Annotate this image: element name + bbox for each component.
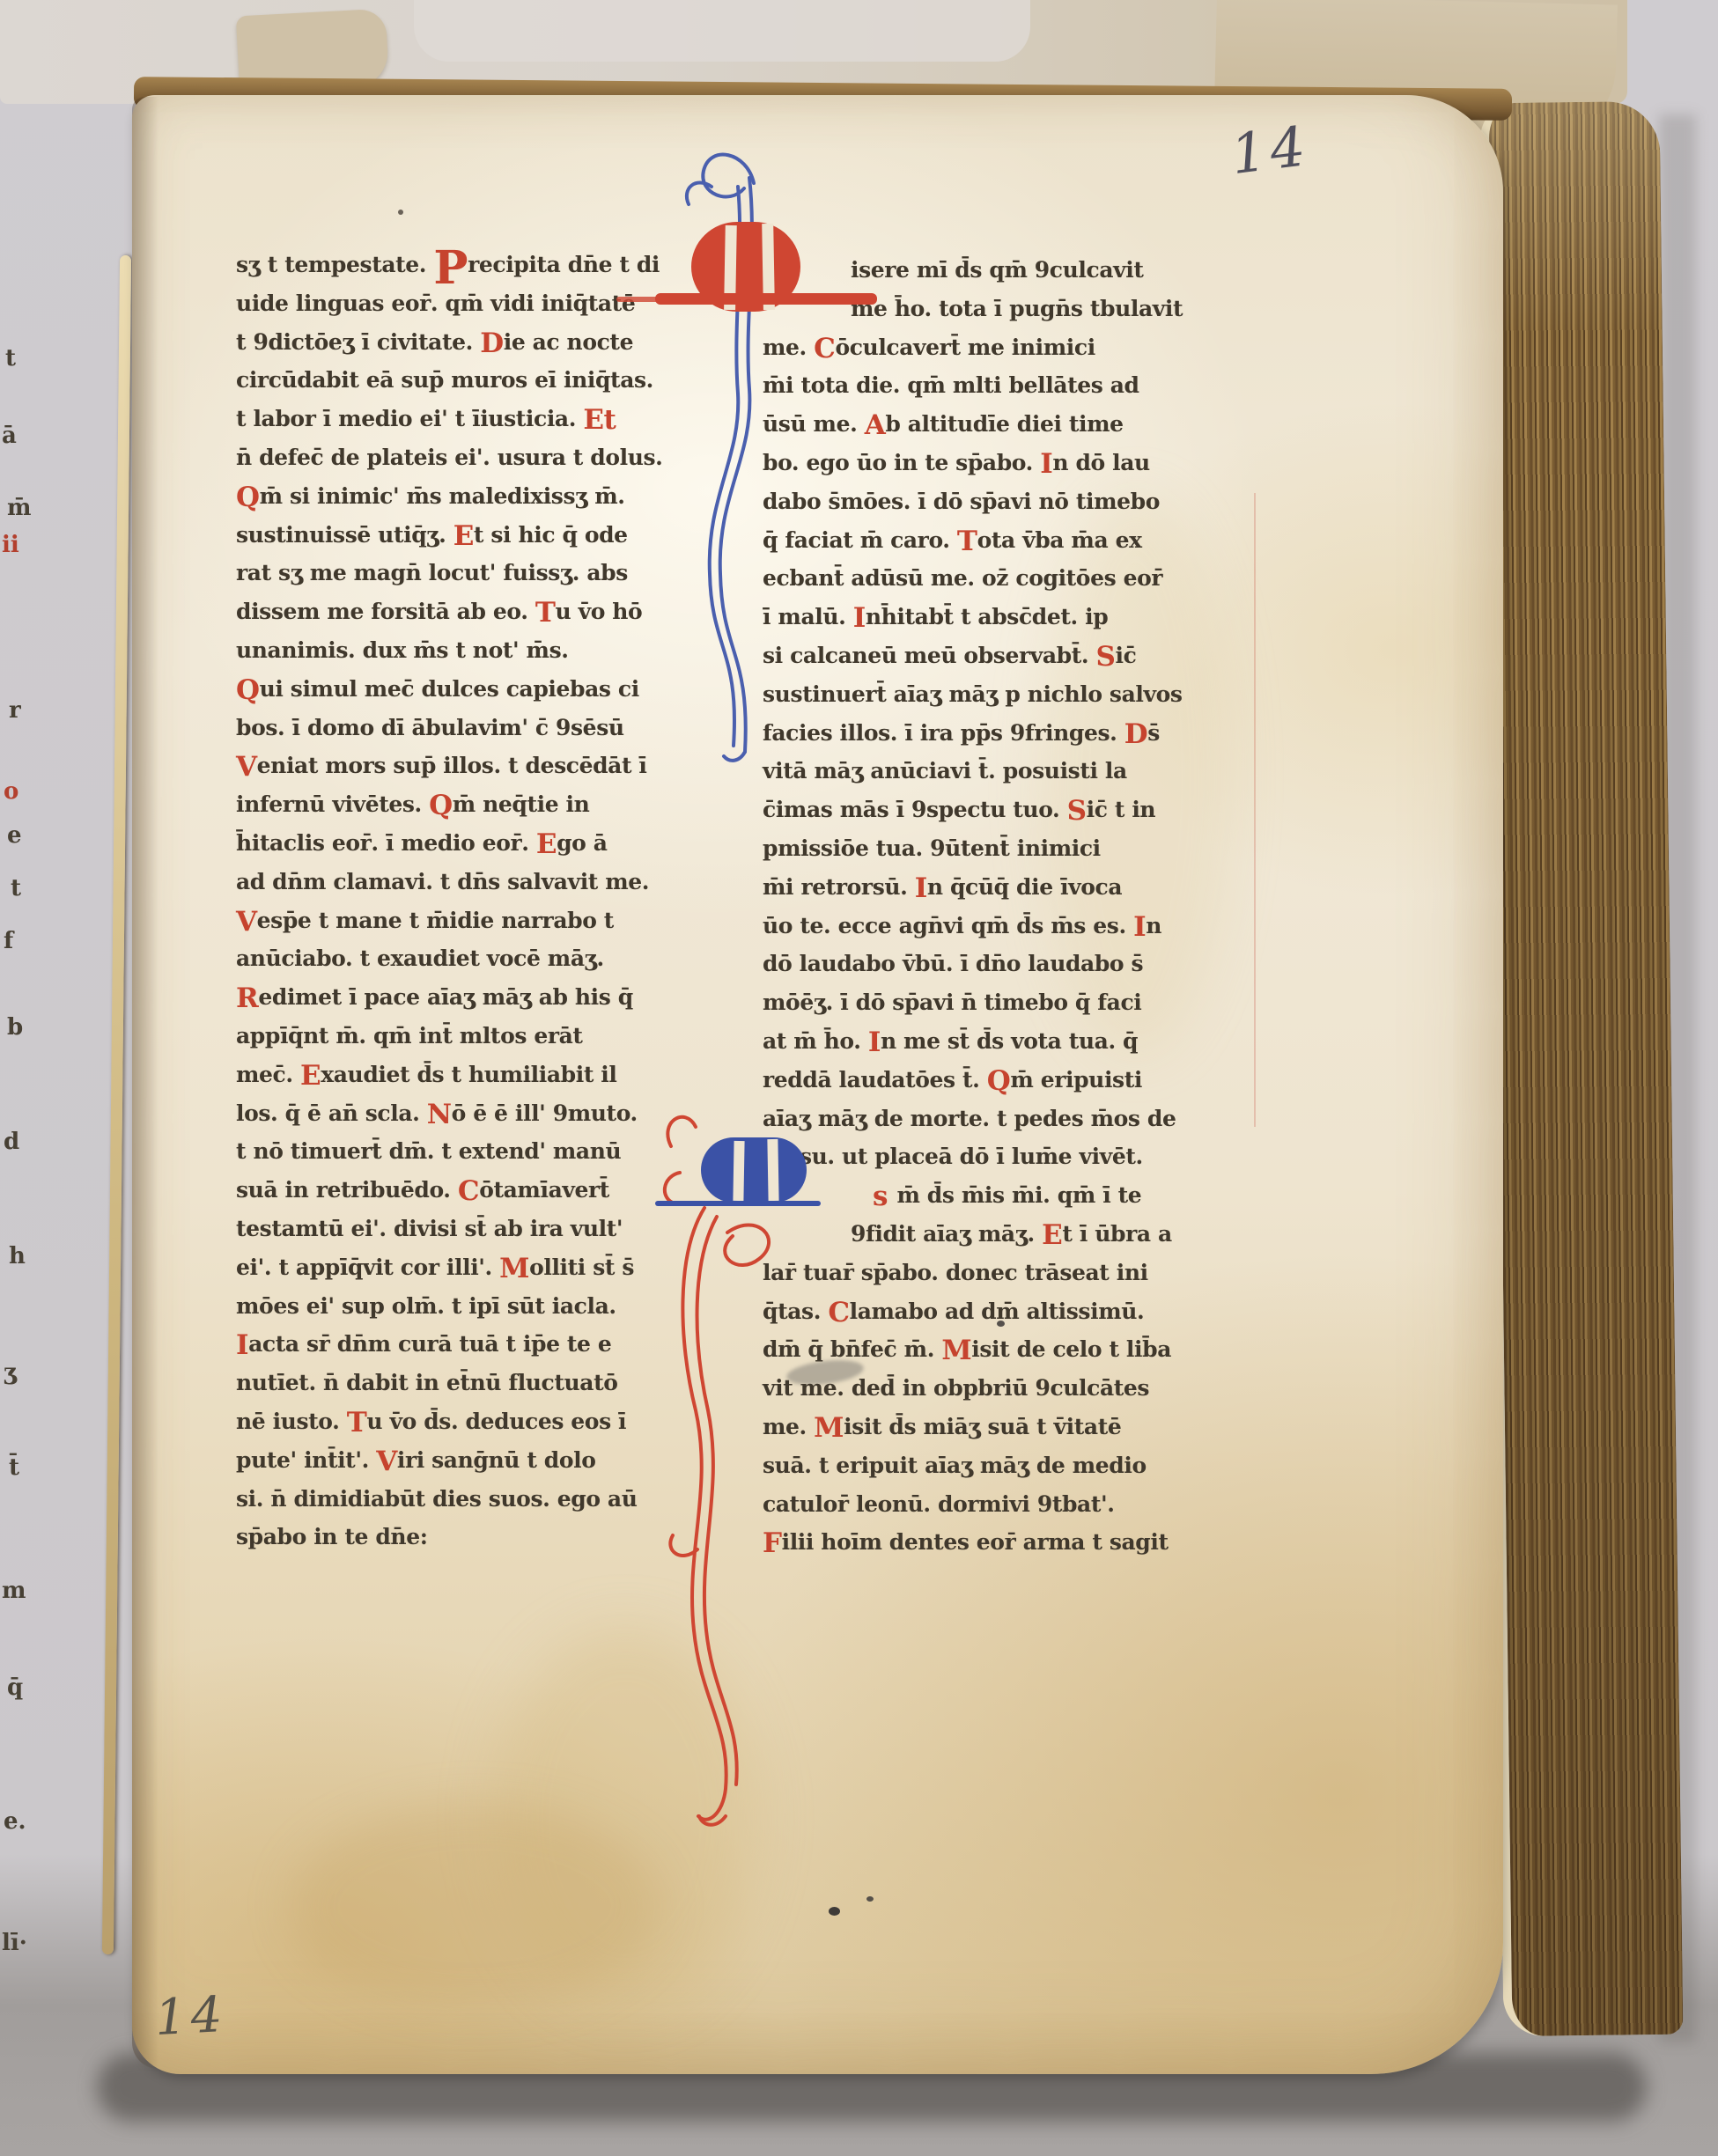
- glyph-fragment: t̄: [9, 1454, 19, 1481]
- text-line: me h̄o. tota ī pugn̄s tbulavit: [763, 296, 1282, 335]
- rubric-initial: V: [376, 1446, 397, 1477]
- ink-text: sp̄abo in te dn̄e:: [236, 1524, 428, 1549]
- text-column-right: isere mī d̄s qm̄ 9culcavitme h̄o. tota ī…: [763, 257, 1282, 1568]
- text-line: si. n̄ dimidiabūt dies suos. ego aū: [236, 1486, 756, 1525]
- text-line: mōes ei' sup olm̄. t ipī sūt iacla.: [236, 1293, 756, 1332]
- ink-text: si calcaneū meū observabt̄.: [763, 643, 1095, 668]
- ink-text: isere mī d̄s qm̄ 9culcavit: [851, 257, 1144, 283]
- ink-text: u v̄o d̄s. deduces eos ī: [366, 1409, 626, 1434]
- ink-text: acta sr̄ dn̄m curā tuā t ip̄e te e: [248, 1331, 611, 1357]
- text-line: infernū vivētes. Qm̄ neq̄tie in: [236, 791, 756, 830]
- ink-text: t ī ūbra a: [1062, 1221, 1171, 1247]
- glyph-fragment: e.: [4, 1808, 26, 1835]
- ink-text: eniat mors sup̄ illos. t descēdāt ī: [257, 753, 647, 778]
- parchment-stain: [291, 1805, 660, 2007]
- ink-text: lar̄ tuar̄ sp̄abo. donec trāseat ini: [763, 1260, 1148, 1285]
- rubric-initial: C: [458, 1175, 479, 1207]
- text-line: vit me. ded̄ in obpbriū 9culcātes: [763, 1375, 1282, 1414]
- text-line: 9fidit aīaʒ māʒ. Et ī ūbra a: [763, 1221, 1282, 1260]
- ink-text: aīaʒ māʒ de morte. t pedes m̄os de: [763, 1106, 1176, 1131]
- ink-text: anūciabo. t exaudiet vocē māʒ.: [236, 946, 604, 971]
- text-line: me. Cōculcavert̄ me inimici: [763, 335, 1282, 373]
- rubric-initial: C: [814, 333, 835, 364]
- ink-text: ilii hoīm dentes eor̄ arma t sagit: [782, 1529, 1169, 1555]
- text-line: t nō timuert̄ dm̄. t extend' manū: [236, 1138, 756, 1177]
- ink-text: ōtamīavert̄: [479, 1177, 609, 1203]
- ink-text: testamtū ei'. divisi st̄ ab ira vult': [236, 1216, 623, 1241]
- rubric-initial: M: [941, 1335, 971, 1366]
- pencil-folio-bottom: 14: [153, 1986, 228, 2047]
- ink-text: facies illos. ī ira pp̄s 9fringes.: [763, 720, 1124, 746]
- rubric-initial: E: [1042, 1219, 1062, 1251]
- rubric-initial: N: [427, 1099, 452, 1130]
- text-line: Qm̄ si inimic' m̄s maledixissʒ m̄.: [236, 483, 756, 522]
- text-line: aīaʒ māʒ de morte. t pedes m̄os de: [763, 1106, 1282, 1144]
- ink-text: n q̄cūq̄ die īvoca: [927, 874, 1122, 900]
- ink-text: sʒ t tempestate.: [236, 252, 433, 277]
- ink-text: q̄ faciat m̄ caro.: [763, 527, 957, 553]
- ink-text: ei'. t appīq̄vit cor illi'.: [236, 1255, 499, 1280]
- speck: [829, 1907, 840, 1916]
- ink-text: q̄tas.: [763, 1299, 828, 1324]
- ink-text: circūdabit eā sup̄ muros eī iniq̄tas.: [236, 367, 653, 393]
- text-line: isere mī d̄s qm̄ 9culcavit: [763, 257, 1282, 296]
- text-line: dabo s̄mōes. ī dō sp̄avi nō timebo: [763, 489, 1282, 527]
- text-line: suā. t eripuit aīaʒ māʒ de medio: [763, 1453, 1282, 1491]
- ink-text: me.: [763, 335, 814, 360]
- ink-text: t nō timuert̄ dm̄. t extend' manū: [236, 1138, 621, 1164]
- text-line: appīq̄nt m̄. qm̄ int̄ mltos erāt: [236, 1023, 756, 1062]
- speck: [398, 210, 403, 215]
- text-line: anūciabo. t exaudiet vocē māʒ.: [236, 946, 756, 984]
- ink-text: ōculcavert̄ me inimici: [835, 335, 1095, 360]
- ink-text: isit d̄s miāʒ suā t v̄itatē: [844, 1414, 1121, 1439]
- text-line: s m̄ d̄s m̄is m̄i. qm̄ ī te: [763, 1182, 1282, 1221]
- rubric-initial: D: [1124, 718, 1147, 750]
- ink-text: mōēʒ. ī dō sp̄avi n̄ timebo q̄ faci: [763, 990, 1141, 1015]
- ink-text: catulor̄ leonū. dormivi 9tbat'.: [763, 1491, 1115, 1517]
- ink-text: edimet ī pace aīaʒ māʒ ab his q̄: [258, 984, 632, 1010]
- text-line: ūsū me. Ab altitudīe diei time: [763, 411, 1282, 450]
- ink-text: t labor ī medio ei' t īiusticia.: [236, 406, 583, 431]
- text-line: los. q̄ ē an̄ scla. Nō ē ē ill' 9muto.: [236, 1100, 756, 1139]
- text-line: sustinuissē utiq̄ʒ. Et si hic q̄ ode: [236, 522, 756, 561]
- ink-text: unanimis. dux m̄s t not' m̄s.: [236, 637, 569, 663]
- cover-highlight: [414, 0, 1030, 62]
- ink-text: bos. ī domo dī ābulavim' c̄ 9sēsū: [236, 715, 624, 740]
- ink-text: sustinuert̄ aīaʒ māʒ p nichlo salvos: [763, 681, 1183, 707]
- ink-text: appīq̄nt m̄. qm̄ int̄ mltos erāt: [236, 1023, 583, 1049]
- left-page-sliver: tām̄iiroetfbdhʒt̄mq̄e.lī·: [0, 81, 153, 2116]
- ink-text: at m̄ h̄o.: [763, 1028, 868, 1054]
- pencil-folio-top: 14: [1228, 114, 1313, 187]
- text-line: dissem me forsitā ab eo. Tu v̄o hō: [236, 599, 756, 637]
- rubric-initial: C: [828, 1297, 849, 1328]
- text-line: t labor ī medio ei' t īiusticia. Et: [236, 406, 756, 445]
- ink-text: n me st̄ d̄s vota tua. q̄: [881, 1028, 1138, 1054]
- text-line: lapsu. ut placeā dō ī lum̄e vivēt.: [763, 1144, 1282, 1182]
- text-line: Vesp̄e t mane t m̄idie narrabo t: [236, 908, 756, 946]
- text-line: vitā māʒ anūciavi t̄. posuisti la: [763, 758, 1282, 797]
- manuscript-photo: { "document": { "description": "Photogra…: [0, 0, 1718, 2156]
- ink-text: los. q̄ ē an̄ scla.: [236, 1100, 427, 1126]
- ink-text: iri sanḡnū t dolo: [397, 1447, 596, 1473]
- text-column-left: sʒ t tempestate. Precipita dn̄e t diuide…: [236, 252, 756, 1563]
- text-line: pute' int̄it'. Viri sanḡnū t dolo: [236, 1447, 756, 1486]
- rubric-initial: I: [915, 872, 927, 904]
- text-line: sp̄abo in te dn̄e:: [236, 1524, 756, 1563]
- ink-text: ic̄: [1115, 643, 1136, 668]
- rubric-initial: E: [536, 828, 557, 860]
- rubric-initial: Q: [987, 1065, 1011, 1097]
- ink-text: nutīet. n̄ dabit in et̄nū fluctuatō: [236, 1370, 618, 1395]
- text-line: Filii hoīm dentes eor̄ arma t sagit: [763, 1529, 1282, 1568]
- rubric-initial: Q: [429, 790, 453, 821]
- text-line: Qui simul mec̄ dulces capiebas ci: [236, 676, 756, 715]
- rubric-initial: E: [453, 520, 474, 552]
- ink-text: ūo te. ecce agn̄vi qm̄ d̄s m̄s es.: [763, 913, 1133, 938]
- rubric-initial: T: [957, 526, 977, 557]
- ink-text: ie ac nocte: [504, 329, 633, 355]
- text-line: ūo te. ecce agn̄vi qm̄ d̄s m̄s es. In: [763, 913, 1282, 952]
- text-line: bos. ī domo dī ābulavim' c̄ 9sēsū: [236, 715, 756, 754]
- ink-text: ī malū.: [763, 604, 853, 629]
- rubric-initial: T: [535, 597, 556, 629]
- glyph-fragment: r: [9, 697, 21, 724]
- ink-text: sustinuissē utiq̄ʒ.: [236, 522, 453, 548]
- rubric-initial: I: [1040, 448, 1052, 480]
- ink-text: pmissiōe tua. 9ūtent̄ inimici: [763, 835, 1101, 861]
- text-line: ei'. t appīq̄vit cor illi'. Molliti st̄ …: [236, 1255, 756, 1293]
- text-line: ī malū. Inh̄itabt̄ t absc̄det. ip: [763, 604, 1282, 643]
- text-line: dm̄ q̄ bn̄fec̄ m̄. Misit de celo t lib̄a: [763, 1336, 1282, 1375]
- text-line: sʒ t tempestate. Precipita dn̄e t di: [236, 252, 756, 291]
- ink-text: m̄i tota die. qm̄ mlti bellātes ad: [763, 372, 1139, 398]
- text-line: testamtū ei'. divisi st̄ ab ira vult': [236, 1216, 756, 1255]
- ink-text: h̄itaclis eor̄. ī medio eor̄.: [236, 830, 536, 856]
- ink-text: vit me. ded̄ in obpbriū 9culcātes: [763, 1375, 1149, 1401]
- text-line: q̄tas. Clamabo ad dm̄ altissimū.: [763, 1299, 1282, 1337]
- ink-text: dō laudabo v̄bū. ī dn̄o laudabo s̄: [763, 951, 1143, 976]
- text-line: me. Misit d̄s miāʒ suā t v̄itatē: [763, 1414, 1282, 1453]
- ink-text: nh̄itabt̄ t absc̄det. ip: [866, 604, 1108, 629]
- ink-text: c̄imas mās ī 9spectu tuo.: [763, 797, 1067, 822]
- rubric-initial: I: [236, 1329, 248, 1361]
- ink-text: ui simul mec̄ dulces capiebas ci: [260, 676, 639, 702]
- ink-text: m̄ eripuisti: [1010, 1067, 1142, 1093]
- ink-text: pute' int̄it'.: [236, 1447, 376, 1473]
- ink-text: recipita dn̄e t di: [468, 252, 660, 277]
- text-line: ad dn̄m clamavi. t dn̄s salvavit me.: [236, 869, 756, 908]
- rubric-initial: V: [236, 751, 257, 783]
- glyph-fragment: lī·: [2, 1930, 27, 1956]
- ink-text: lapsu. ut placeā dō ī lum̄e vivēt.: [763, 1144, 1143, 1169]
- text-line: catulor̄ leonū. dormivi 9tbat'.: [763, 1491, 1282, 1530]
- glyph-fragment: h: [9, 1243, 26, 1269]
- ink-text: xaudiet d̄s t humiliabit il: [321, 1062, 616, 1087]
- glyph-fragment: q̄: [7, 1674, 23, 1701]
- ink-text: suā. t eripuit aīaʒ māʒ de medio: [763, 1453, 1147, 1478]
- rubric-initial: D: [480, 327, 503, 359]
- ink-text: lamabo ad dm̄ altissimū.: [850, 1299, 1145, 1324]
- rubric-initial: I: [1133, 911, 1146, 943]
- rubric-initial: R: [236, 982, 258, 1014]
- text-line: Veniat mors sup̄ illos. t descēdāt ī: [236, 753, 756, 791]
- ink-text: ecbant̄ adūsū me. oz̄ cogitōes eor̄: [763, 565, 1162, 591]
- ink-text: ic̄ t in: [1087, 797, 1156, 822]
- ink-text: vitā māʒ anūciavi t̄. posuisti la: [763, 758, 1127, 784]
- ink-text: uide linguas eor̄. qm̄ vidi iniq̄tatē: [236, 291, 635, 316]
- ink-text: b altitudīe diei time: [885, 411, 1123, 437]
- rubric-initial: A: [865, 409, 886, 441]
- rubric-initial: Et: [583, 404, 616, 436]
- rubric-initial: M: [814, 1412, 844, 1444]
- text-line: mec̄. Exaudiet d̄s t humiliabit il: [236, 1062, 756, 1100]
- text-line: facies illos. ī ira pp̄s 9fringes. Ds̄: [763, 720, 1282, 759]
- ink-text: si. n̄ dimidiabūt dies suos. ego aū: [236, 1486, 637, 1512]
- glyph-fragment: d: [4, 1129, 19, 1155]
- rubric-initial: E: [300, 1060, 321, 1092]
- gutter-shadow: [132, 97, 159, 2069]
- text-line: pmissiōe tua. 9ūtent̄ inimici: [763, 835, 1282, 874]
- text-line: nē iusto. Tu v̄o d̄s. deduces eos ī: [236, 1409, 756, 1447]
- rubric-initial: I: [868, 1026, 881, 1058]
- ink-text: t 9dictōeʒ ī civitate.: [236, 329, 480, 355]
- glyph-fragment: e: [7, 822, 22, 849]
- ink-text: bo. ego ūo in te sp̄abo.: [763, 450, 1040, 475]
- text-line: lar̄ tuar̄ sp̄abo. donec trāseat ini: [763, 1260, 1282, 1299]
- text-line: unanimis. dux m̄s t not' m̄s.: [236, 637, 756, 676]
- rubric-initial: S: [1067, 795, 1087, 827]
- ink-text: ota v̄ba m̄a ex: [977, 527, 1142, 553]
- ink-text: me.: [763, 1414, 814, 1439]
- ink-text: mōes ei' sup olm̄. t ipī sūt iacla.: [236, 1293, 616, 1319]
- ink-text: m̄i retrorsū.: [763, 874, 915, 900]
- rubric-initial: F: [763, 1527, 782, 1559]
- ink-text: dissem me forsitā ab eo.: [236, 599, 535, 624]
- text-line: ecbant̄ adūsū me. oz̄ cogitōes eor̄: [763, 565, 1282, 604]
- ink-text: nē iusto.: [236, 1409, 347, 1434]
- ink-text: me h̄o. tota ī pugn̄s tbulavit: [851, 296, 1183, 321]
- ink-text: m̄ neq̄tie in: [453, 791, 590, 817]
- ink-text: n̄ defec̄ de plateis ei'. usura t dolus.: [236, 445, 662, 470]
- glyph-fragment: m: [2, 1578, 26, 1604]
- ink-text: rat sʒ me magn̄ locut' fuissʒ. abs: [236, 560, 628, 585]
- glyph-fragment: t: [11, 875, 21, 901]
- ink-text: ad dn̄m clamavi. t dn̄s salvavit me.: [236, 869, 649, 894]
- text-line: si calcaneū meū observabt̄. Sic̄: [763, 643, 1282, 681]
- ink-text: ūsū me.: [763, 411, 865, 437]
- ink-text: olliti st̄ s̄: [529, 1255, 634, 1280]
- ink-text: u v̄o hō: [555, 599, 642, 624]
- text-line: mōēʒ. ī dō sp̄avi n̄ timebo q̄ faci: [763, 990, 1282, 1028]
- ink-text: t si hic q̄ ode: [474, 522, 628, 548]
- rubric-initial: P: [433, 241, 468, 295]
- text-line: Redimet ī pace aīaʒ māʒ ab his q̄: [236, 984, 756, 1023]
- ink-text: suā in retribuēdo.: [236, 1177, 458, 1203]
- text-line: Iacta sr̄ dn̄m curā tuā t ip̄e te e: [236, 1331, 756, 1370]
- text-line: dō laudabo v̄bū. ī dn̄o laudabo s̄: [763, 951, 1282, 990]
- ink-text: n: [1146, 913, 1161, 938]
- ink-text: dabo s̄mōes. ī dō sp̄avi nō timebo: [763, 489, 1160, 514]
- text-line: n̄ defec̄ de plateis ei'. usura t dolus.: [236, 445, 756, 483]
- ink-text: s̄: [1147, 720, 1160, 746]
- fore-edge-pages: [1480, 101, 1684, 2036]
- rubric-initial: T: [347, 1407, 367, 1439]
- text-line: c̄imas mās ī 9spectu tuo. Sic̄ t in: [763, 797, 1282, 835]
- rubric-initial: I: [853, 602, 866, 634]
- ink-text: n dō lau: [1052, 450, 1149, 475]
- text-line: uide linguas eor̄. qm̄ vidi iniq̄tatē: [236, 291, 756, 329]
- glyph-fragment: ā: [2, 423, 17, 449]
- glyph-fragment: f: [4, 928, 13, 954]
- text-line: suā in retribuēdo. Cōtamīavert̄: [236, 1177, 756, 1216]
- rubric-initial: V: [236, 906, 257, 938]
- ink-text: go ā: [557, 830, 607, 856]
- text-line: nutīet. n̄ dabit in et̄nū fluctuatō: [236, 1370, 756, 1409]
- text-line: m̄i tota die. qm̄ mlti bellātes ad: [763, 372, 1282, 411]
- text-line: bo. ego ūo in te sp̄abo. In dō lau: [763, 450, 1282, 489]
- text-line: sustinuert̄ aīaʒ māʒ p nichlo salvos: [763, 681, 1282, 720]
- text-line: reddā laudatōes t̄. Qm̄ eripuisti: [763, 1067, 1282, 1106]
- ink-text: esp̄e t mane t m̄idie narrabo t: [257, 908, 614, 933]
- glyph-fragment: ʒ: [4, 1359, 17, 1386]
- ink-text: dm̄ q̄ bn̄fec̄ m̄.: [763, 1336, 941, 1362]
- text-line: at m̄ h̄o. In me st̄ d̄s vota tua. q̄: [763, 1028, 1282, 1067]
- ink-text: isit de celo t lib̄a: [971, 1336, 1171, 1362]
- text-line: q̄ faciat m̄ caro. Tota v̄ba m̄a ex: [763, 527, 1282, 566]
- rubric-initial: s: [873, 1181, 896, 1212]
- ink-text: m̄ d̄s m̄is m̄i. qm̄ ī te: [896, 1182, 1141, 1208]
- speck: [866, 1896, 874, 1902]
- rubric-initial: S: [1095, 641, 1115, 673]
- text-line: circūdabit eā sup̄ muros eī iniq̄tas.: [236, 367, 756, 406]
- text-line: m̄i retrorsū. In q̄cūq̄ die īvoca: [763, 874, 1282, 913]
- rubric-initial: Q: [236, 482, 260, 513]
- ink-text: mec̄.: [236, 1062, 300, 1087]
- text-line: h̄itaclis eor̄. ī medio eor̄. Ego ā: [236, 830, 756, 869]
- glyph-fragment: m̄: [7, 495, 32, 521]
- glyph-fragment: o: [4, 778, 18, 805]
- ink-text: 9fidit aīaʒ māʒ.: [851, 1221, 1042, 1247]
- rubric-initial: M: [499, 1253, 529, 1284]
- glyph-fragment: ii: [2, 532, 19, 558]
- ink-text: infernū vivētes.: [236, 791, 429, 817]
- glyph-fragment: t: [5, 345, 16, 372]
- rubric-initial: Q: [236, 674, 260, 706]
- ink-text: ō ē ē ill' 9muto.: [452, 1100, 638, 1126]
- glyph-fragment: b: [7, 1014, 23, 1041]
- ink-text: m̄ si inimic' m̄s maledixissʒ m̄.: [260, 483, 625, 509]
- text-line: t 9dictōeʒ ī civitate. Die ac nocte: [236, 329, 756, 368]
- text-line: rat sʒ me magn̄ locut' fuissʒ. abs: [236, 560, 756, 599]
- ink-text: reddā laudatōes t̄.: [763, 1067, 987, 1093]
